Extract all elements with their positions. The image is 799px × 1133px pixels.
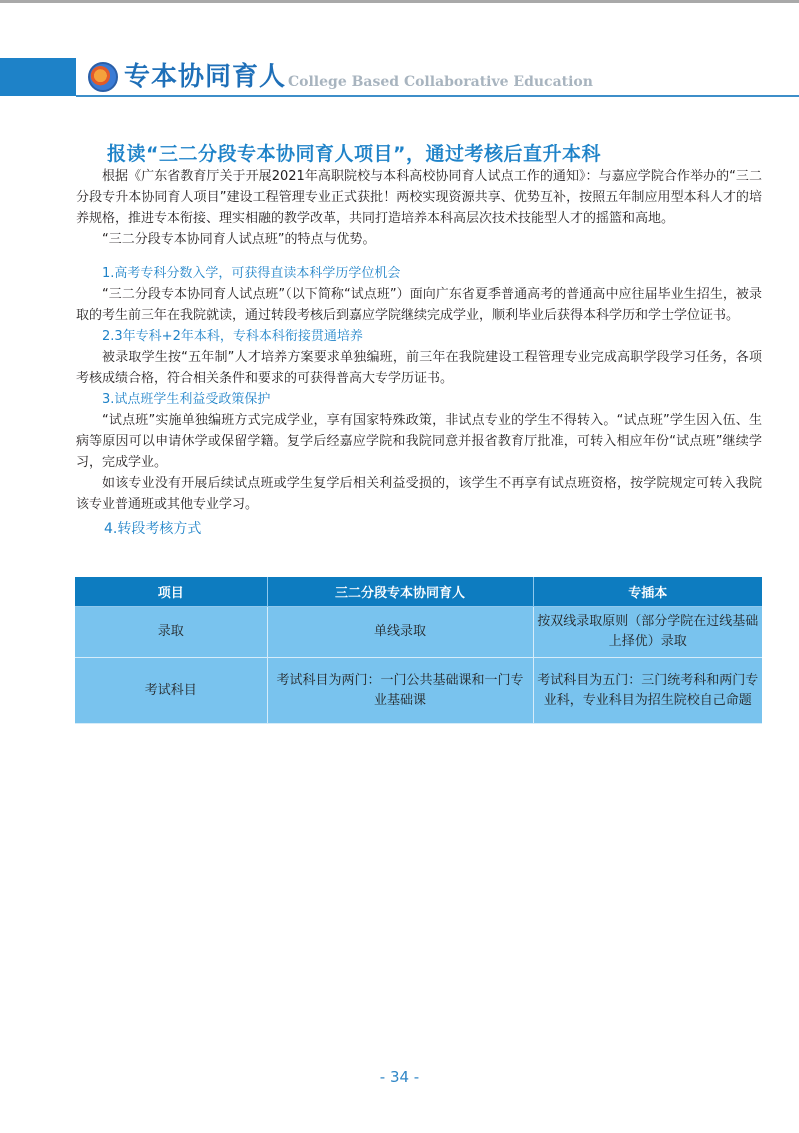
table-row: 录取 单线录取 按双线录取原则（部分学院在过线基础上择优）录取 xyxy=(75,607,762,658)
table-header-program: 三二分段专本协同育人 xyxy=(267,577,533,607)
table-header-item: 项目 xyxy=(75,577,267,607)
school-emblem-icon xyxy=(88,62,118,92)
article-title: 报读“三二分段专本协同育人项目”，通过考核后直升本科 xyxy=(107,141,601,167)
table-cell: 录取 xyxy=(75,607,267,658)
section-1-paragraph: “三二分段专本协同育人试点班”（以下简称“试点班”）面向广东省夏季普通高考的普通… xyxy=(76,284,762,326)
section-heading-2: 2.3年专科+2年本科，专科本科衔接贯通培养 xyxy=(76,326,762,347)
header-accent-block xyxy=(0,58,76,96)
table-header-zhuanchaben: 专插本 xyxy=(533,577,762,607)
table-cell: 考试科目为两门：一门公共基础课和一门专业基础课 xyxy=(267,658,533,724)
table-cell: 按双线录取原则（部分学院在过线基础上择优）录取 xyxy=(533,607,762,658)
brand-title-cn: 专本协同育人 xyxy=(124,60,286,94)
section-heading-4: 4.转段考核方式 xyxy=(76,519,762,540)
brand-title-en: College Based Collaborative Education xyxy=(288,72,593,92)
lead-paragraph: “三二分段专本协同育人试点班”的特点与优势。 xyxy=(76,229,762,250)
top-rule xyxy=(0,0,799,3)
table-cell: 考试科目为五门：三门统考科和两门专业科，专业科目为招生院校自己命题 xyxy=(533,658,762,724)
table-row: 考试科目 考试科目为两门：一门公共基础课和一门专业基础课 考试科目为五门：三门统… xyxy=(75,658,762,724)
intro-paragraph: 根据《广东省教育厅关于开展2021年高职院校与本科高校协同育人试点工作的通知》：… xyxy=(76,166,762,229)
table-cell: 考试科目 xyxy=(75,658,267,724)
header-divider xyxy=(76,95,799,97)
table-cell: 单线录取 xyxy=(267,607,533,658)
section-3-paragraph-2: 如该专业没有开展后续试点班或学生复学后相关利益受损的，该学生不再享有试点班资格，… xyxy=(76,473,762,515)
comparison-table: 项目 三二分段专本协同育人 专插本 录取 单线录取 按双线录取原则（部分学院在过… xyxy=(75,577,762,724)
section-2-paragraph: 被录取学生按“五年制”人才培养方案要求单独编班，前三年在我院建设工程管理专业完成… xyxy=(76,347,762,389)
article-body: 根据《广东省教育厅关于开展2021年高职院校与本科高校协同育人试点工作的通知》：… xyxy=(76,166,762,540)
section-heading-1: 1.高考专科分数入学，可获得直读本科学历学位机会 xyxy=(76,263,762,284)
section-3-paragraph-1: “试点班”实施单独编班方式完成学业，享有国家特殊政策，非试点专业的学生不得转入。… xyxy=(76,410,762,473)
page-number: - 34 - xyxy=(0,1068,799,1086)
table-header-row: 项目 三二分段专本协同育人 专插本 xyxy=(75,577,762,607)
section-heading-3: 3.试点班学生利益受政策保护 xyxy=(76,389,762,410)
